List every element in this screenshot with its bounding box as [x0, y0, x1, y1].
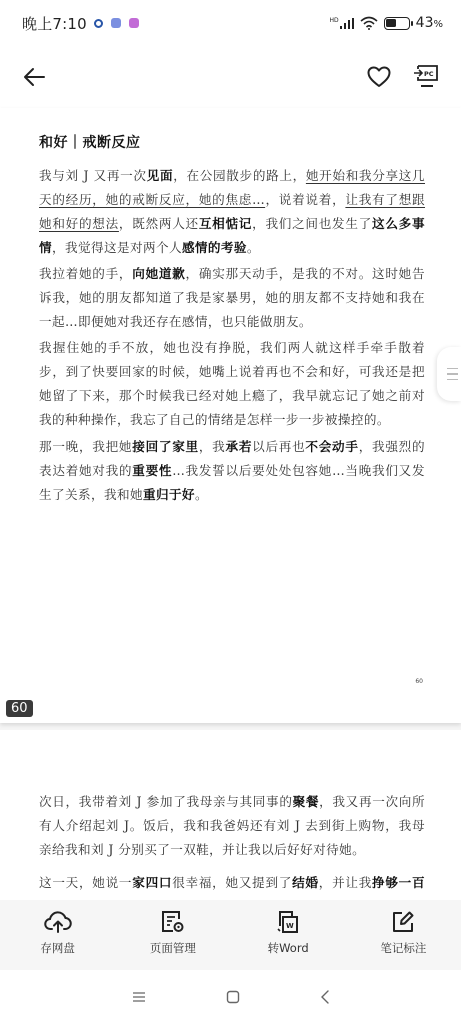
text-run: 。 — [195, 487, 208, 502]
svg-text:W: W — [286, 922, 294, 930]
emphasis-text: 互相惦记 — [199, 216, 252, 231]
scroll-handle[interactable] — [437, 347, 461, 401]
status-bar: 晚上7:10 HD 43% — [0, 0, 461, 46]
send-to-pc-icon: PC — [413, 65, 439, 89]
home-icon — [226, 990, 240, 1004]
paragraph: 次日，我带着刘 J 参加了我母亲与其同事的聚餐，我又再一次向所有人介绍起刘 J。… — [39, 790, 425, 862]
text-run: 很幸福，她又提到了 — [172, 875, 292, 890]
paragraph: 我与刘 J 又再一次见面，在公园散步的路上，她开始和我分享这几天的经历，她的戒断… — [39, 164, 425, 260]
save-to-cloud-button[interactable]: 存网盘 — [0, 900, 115, 970]
status-time: 晚上7:10 — [22, 13, 87, 34]
app-notification-icon — [129, 18, 139, 28]
heart-icon — [367, 66, 391, 88]
emphasis-text: 重要性 — [132, 463, 172, 478]
text-run: 次日，我带着刘 J 参加了我母亲与其同事的 — [39, 794, 293, 809]
text-run: ，我们之间也发生了 — [252, 216, 372, 231]
page-manage-icon — [160, 910, 186, 934]
emphasis-text: 承若 — [226, 439, 253, 454]
text-run: 我握住她的手不放，她也没有挣脱，我们两人就这样手牵手散着步，到了快要回家的时候，… — [39, 340, 425, 427]
top-bar: PC — [0, 46, 461, 108]
page-management-button[interactable]: 页面管理 — [115, 900, 230, 970]
signal-icon: HD — [330, 18, 354, 29]
paragraph: 那一晚，我把她接回了家里，我承若以后再也不会动手，我强烈的表达着她对我的重要性…… — [39, 435, 425, 507]
menu-icon — [132, 991, 146, 1003]
emphasis-text: 聚餐 — [293, 794, 320, 809]
favorite-button[interactable] — [367, 66, 391, 88]
emphasis-text: 家四口 — [132, 875, 172, 890]
document-page-61: 次日，我带着刘 J 参加了我母亲与其同事的聚餐，我又再一次向所有人介绍起刘 J。… — [0, 730, 461, 900]
svg-text:PC: PC — [424, 70, 434, 78]
back-button[interactable] — [22, 67, 46, 87]
battery-icon — [384, 17, 410, 30]
emphasis-text: 重归于好 — [143, 487, 195, 502]
text-run: ，我 — [199, 439, 226, 454]
app-notification-icon — [94, 19, 103, 28]
system-back-button[interactable] — [320, 990, 330, 1004]
battery-percent: 43% — [416, 15, 443, 31]
emphasis-text: 向她道歉 — [132, 266, 185, 281]
note-annotation-button[interactable]: 笔记标注 — [346, 900, 461, 970]
send-to-pc-button[interactable]: PC — [413, 65, 439, 89]
convert-to-word-button[interactable]: W 转Word — [231, 900, 346, 970]
text-run: ，既然两人还 — [119, 216, 199, 231]
text-run: 我与刘 J 又再一次 — [39, 168, 147, 183]
text-run: ，说着说着， — [265, 192, 345, 207]
emphasis-text: 结婚 — [292, 875, 319, 890]
text-run: 。 — [247, 240, 260, 255]
page-footer-number: 60 — [415, 678, 423, 685]
text-run: ，我觉得这是对两个人 — [52, 240, 182, 255]
document-heading: 和好｜戒断反应 — [39, 132, 141, 152]
text-run: 我拉着她的手， — [39, 266, 132, 281]
system-nav-bar — [0, 970, 461, 1024]
text-run: ，并让我 — [319, 875, 372, 890]
text-run: 那一晚，我把她 — [39, 439, 132, 454]
notification-icons — [94, 18, 139, 28]
paragraph: 我拉着她的手，向她道歉，确实那天动手，是我的不对。这时她告诉我，她的朋友都知道了… — [39, 262, 425, 334]
edit-note-icon — [391, 910, 415, 934]
home-button[interactable] — [226, 990, 240, 1004]
page-number-badge: 60 — [6, 700, 33, 717]
arrow-left-icon — [22, 67, 46, 87]
bottom-toolbar: 存网盘 页面管理 W 转Word 笔记标注 — [0, 900, 461, 970]
text-run: 以后再也 — [252, 439, 305, 454]
wifi-icon — [360, 16, 378, 30]
emphasis-text: 见面 — [147, 168, 174, 183]
emphasis-text: 不会动手 — [305, 439, 358, 454]
emphasis-text: 接回了家里 — [132, 439, 199, 454]
back-icon — [320, 990, 330, 1004]
app-notification-icon — [111, 18, 121, 28]
recent-apps-button[interactable] — [132, 991, 146, 1003]
cloud-upload-icon — [44, 910, 72, 934]
emphasis-text: 感情的考验 — [182, 240, 247, 255]
convert-word-icon: W — [275, 910, 301, 934]
text-run: ，在公园散步的路上， — [173, 168, 306, 183]
paragraph: 我握住她的手不放，她也没有挣脱，我们两人就这样手牵手散着步，到了快要回家的时候，… — [39, 336, 425, 432]
text-run: 这一天，她说一 — [39, 875, 132, 890]
document-page-60: 和好｜戒断反应 我与刘 J 又再一次见面，在公园散步的路上，她开始和我分享这几天… — [0, 108, 461, 723]
